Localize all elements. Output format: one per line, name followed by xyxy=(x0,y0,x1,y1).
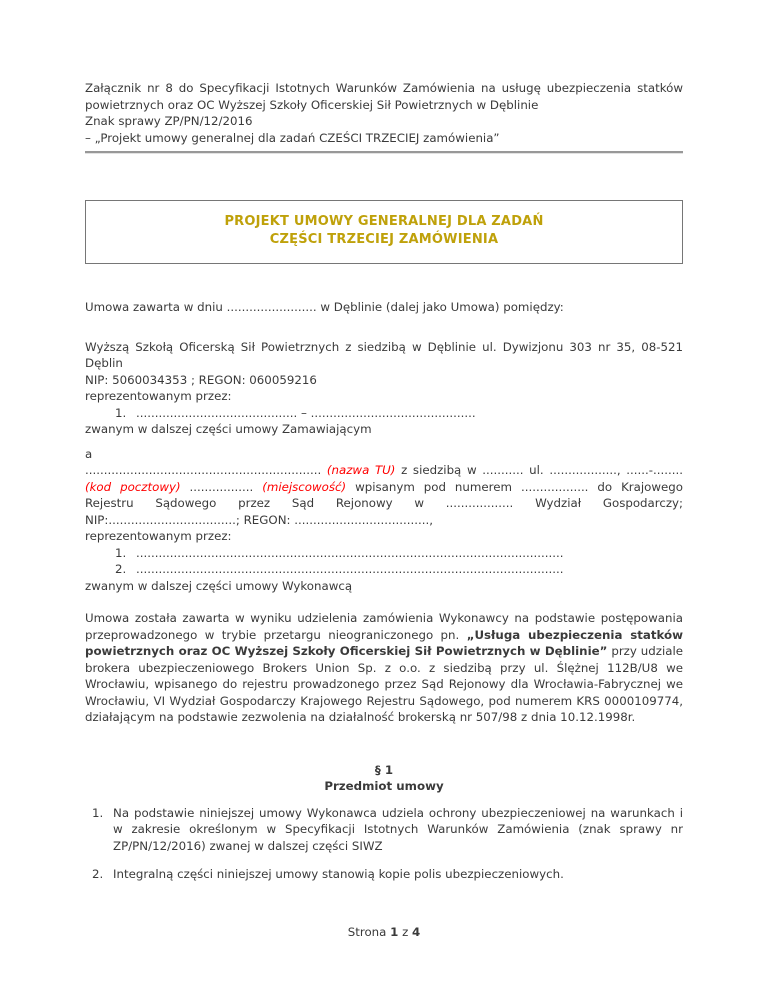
buyer-representative-item: 1. .....................................… xyxy=(85,405,683,422)
seller-representative-item: 1. .....................................… xyxy=(85,545,683,562)
section-1-item-text: Na podstawie niniejszej umowy Wykonawca … xyxy=(113,805,683,855)
buyer-alias-line: zwanym w dalszej części umowy Zamawiając… xyxy=(85,421,683,438)
buyer-represented-by-label: reprezentowanym przez: xyxy=(85,388,683,405)
seller-representative-item: 2. .....................................… xyxy=(85,561,683,578)
attachment-note: Załącznik nr 8 do Specyfikacji Istotnych… xyxy=(85,80,683,113)
buyer-ids: NIP: 5060034353 ; REGON: 060059216 xyxy=(85,372,683,389)
list-number: 2. xyxy=(92,866,113,883)
intro-line: Umowa zawarta w dniu ...................… xyxy=(85,299,683,316)
seller-identification: ........................................… xyxy=(85,462,683,528)
list-number: 1. xyxy=(92,805,113,855)
page-content: Załącznik nr 8 do Specyfikacji Istotnych… xyxy=(85,80,683,883)
subject-line: – „Projekt umowy generalnej dla zadań CZ… xyxy=(85,130,683,147)
section-1-item-text: Integralną części niniejszej umowy stano… xyxy=(113,866,683,883)
document-title-line-1: PROJEKT UMOWY GENERALNEJ DLA ZADAŃ xyxy=(86,213,682,231)
list-number: 1. xyxy=(115,405,136,422)
seller-alias-line: zwanym w dalszej części umowy Wykonawcą xyxy=(85,578,683,595)
document-title-line-2: CZĘŚCI TRZECIEJ ZAMÓWIENIA xyxy=(86,231,682,249)
page-number-footer: Strona 1 z 4 xyxy=(0,924,768,941)
connector-a: a xyxy=(85,446,683,463)
buyer-representative-blank: ........................................… xyxy=(136,405,683,422)
seller-representative-blank: ........................................… xyxy=(136,561,683,578)
award-paragraph: Umowa została zawarta w wyniku udzieleni… xyxy=(85,610,683,726)
seller-represented-by-label: reprezentowanym przez: xyxy=(85,528,683,545)
section-1-title: Przedmiot umowy xyxy=(85,778,683,795)
list-number: 1. xyxy=(115,545,136,562)
header-divider xyxy=(85,151,683,154)
title-box: PROJEKT UMOWY GENERALNEJ DLA ZADAŃ CZĘŚC… xyxy=(85,200,683,264)
buyer-address: Wyższą Szkołą Oficerską Sił Powietrznych… xyxy=(85,339,683,372)
case-number: Znak sprawy ZP/PN/12/2016 xyxy=(85,113,683,130)
contract-document-page: Załącznik nr 8 do Specyfikacji Istotnych… xyxy=(0,0,768,994)
seller-representative-blank: ........................................… xyxy=(136,545,683,562)
section-1-item: 2. Integralną części niniejszej umowy st… xyxy=(85,866,683,883)
list-number: 2. xyxy=(115,561,136,578)
section-1-item: 1. Na podstawie niniejszej umowy Wykonaw… xyxy=(85,805,683,855)
section-1-number: § 1 xyxy=(85,762,683,779)
